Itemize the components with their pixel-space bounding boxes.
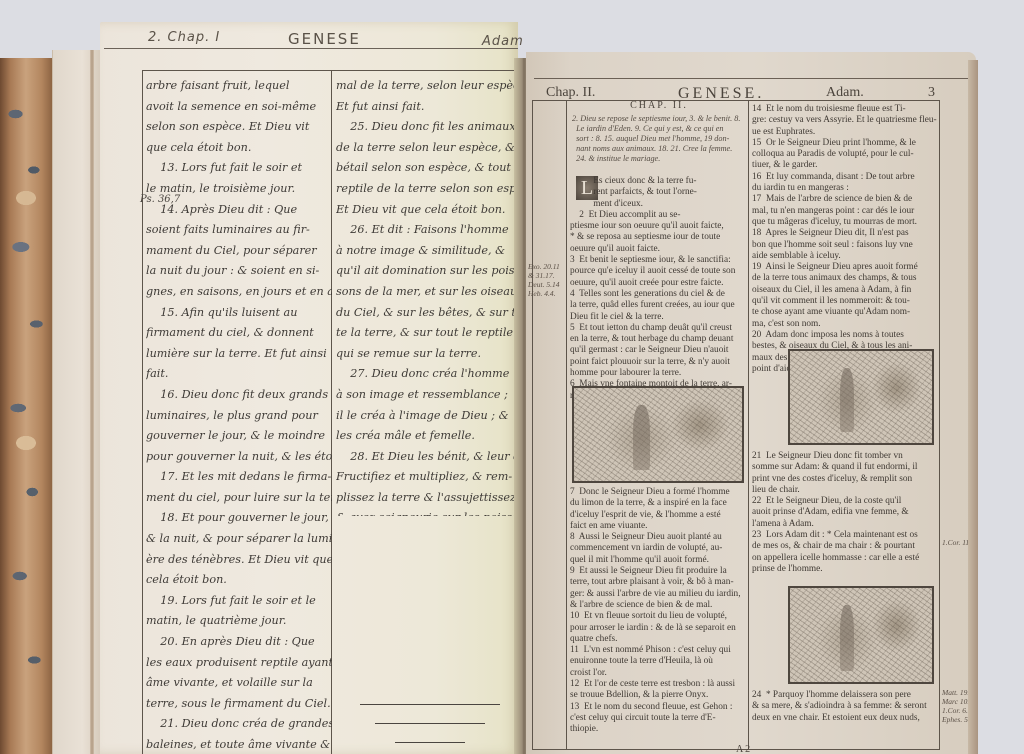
woodcut-creation-of-adam [572, 386, 744, 483]
header-rule [104, 48, 518, 49]
left-handwritten-page: 2. Chap. I GENESE Adam Ps. 36,7 arbre fa… [100, 22, 518, 754]
open-book-photo: 2. Chap. I GENESE Adam Ps. 36,7 arbre fa… [0, 0, 1024, 754]
right-column-2-top: 14 Et le nom du troisiesme fleuue est Ti… [752, 104, 938, 375]
left-running-title: GENESE [288, 30, 361, 48]
right-running-name: Adam. [826, 85, 864, 101]
margin-notes-left: Exo. 20.11 & 31.17. Deut. 5.14 Heb. 4.4. [528, 262, 560, 298]
column-rule [748, 100, 749, 750]
right-column-2-middle: 21 Le Seigneur Dieu donc fit tomber vn s… [752, 451, 938, 575]
left-running-name: Adam [482, 34, 524, 49]
chapter-heading: CHAP. II. [570, 100, 748, 111]
page-edges [968, 60, 978, 754]
flyleaf [52, 50, 102, 754]
woodcut-naming-animals [788, 349, 934, 445]
left-handwritten-column-1: arbre faisant fruit, lequel avoit la sem… [146, 76, 332, 754]
woodcut-creation-of-eve [788, 586, 934, 684]
margin-rule [566, 100, 567, 750]
flyleaf-fold [90, 50, 94, 754]
chapter-summary: 2. Dieu se repose le septiesme iour, 3. … [572, 114, 746, 164]
end-of-chapter-lines [355, 704, 505, 754]
top-rule [534, 78, 968, 79]
right-column-1-top: Es cieux donc & la terre fu- rent parfai… [570, 176, 748, 402]
left-handwritten-column-2: mal de la terre, selon leur espèce. Et f… [336, 76, 518, 516]
right-column-2-bottom: 24 * Parquoy l'homme delaissera son pere… [752, 690, 938, 724]
page-number: 3 [928, 85, 935, 101]
marbled-cover [0, 58, 52, 754]
right-printed-page: Chap. II. GENESE. Adam. 3 CHAP. II. 2. D… [526, 52, 976, 754]
signature-mark: A 2 [736, 744, 750, 754]
right-running-chapter: Chap. II. [546, 85, 595, 101]
right-column-1-bottom: 7 Donc le Seigneur Dieu a formé l'homme … [570, 487, 748, 736]
left-running-chapter: 2. Chap. I [148, 30, 220, 45]
